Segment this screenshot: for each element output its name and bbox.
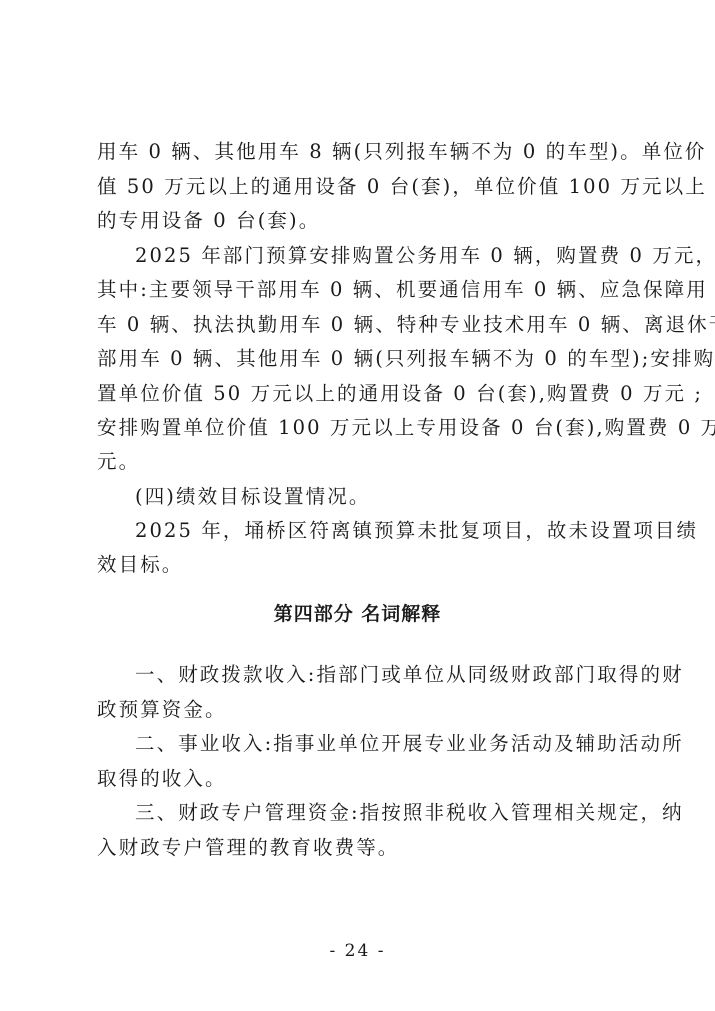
paragraph-vehicle-purchase-line: 其中:主要领导干部用车 0 辆、机要通信用车 0 辆、应急保障用 <box>97 278 632 302</box>
definition-line: 入财政专户管理的教育收费等。 <box>97 836 632 860</box>
definition-line: 一、财政拨款收入:指部门或单位从同级财政部门取得的财 <box>135 663 632 687</box>
paragraph-vehicle-purchase-line: 置单位价值 50 万元以上的通用设备 0 台(套),购置费 0 万元 ; <box>97 382 632 406</box>
paragraph-vehicle-purchase-line: 安排购置单位价值 100 万元以上专用设备 0 台(套),购置费 0 万 <box>97 416 632 440</box>
paragraph-performance-line: 效目标。 <box>97 553 632 577</box>
definition-line: 取得的收入。 <box>97 767 632 791</box>
paragraph-vehicle-purchase-line: 部用车 0 辆、其他用车 0 辆(只列报车辆不为 0 的车型);安排购 <box>97 347 632 371</box>
definition-line: 政预算资金。 <box>97 698 632 722</box>
paragraph-performance-line: 2025 年，埇桥区符离镇预算未批复项目，故未设置项目绩 <box>135 519 632 543</box>
text-line: 值 50 万元以上的通用设备 0 台(套)，单位价值 100 万元以上 <box>97 175 632 199</box>
paragraph-vehicle-purchase-line: 元。 <box>97 450 632 474</box>
text-line: 用车 0 辆、其他用车 8 辆(只列报车辆不为 0 的车型)。单位价 <box>97 140 632 164</box>
section-heading: (四)绩效目标设置情况。 <box>135 485 632 509</box>
page-number: - 24 - <box>0 940 715 962</box>
definition-line: 二、事业收入:指事业单位开展专业业务活动及辅助活动所 <box>135 732 632 756</box>
paragraph-vehicle-purchase-line: 车 0 辆、执法执勤用车 0 辆、特种专业技术用车 0 辆、离退休干 <box>97 313 632 337</box>
document-page: 用车 0 辆、其他用车 8 辆(只列报车辆不为 0 的车型)。单位价 值 50 … <box>0 0 715 1011</box>
paragraph-vehicle-purchase-line: 2025 年部门预算安排购置公务用车 0 辆，购置费 0 万元， <box>135 244 632 268</box>
definition-line: 三、财政专户管理资金:指按照非税收入管理相关规定，纳 <box>135 801 632 825</box>
part-heading: 第四部分 名词解释 <box>0 602 715 626</box>
text-line: 的专用设备 0 台(套)。 <box>97 209 632 233</box>
